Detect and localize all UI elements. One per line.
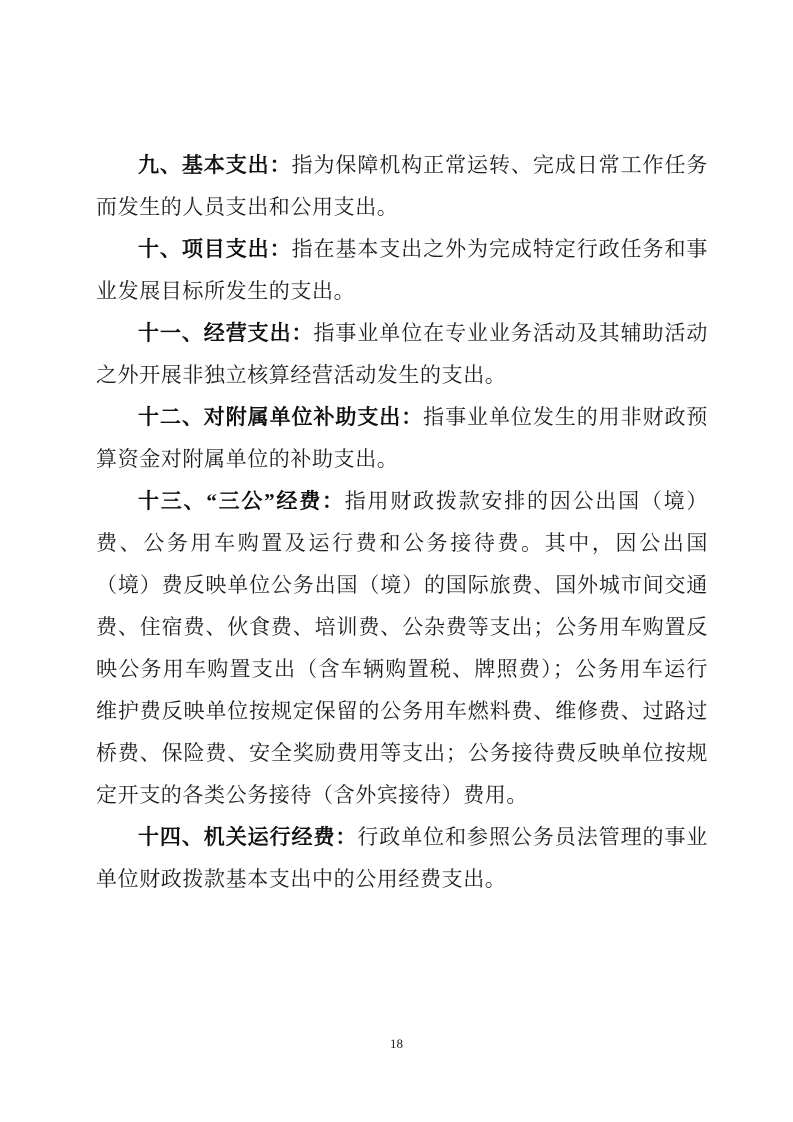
document-body: 九、基本支出：指为保障机构正常运转、完成日常工作任务而发生的人员支出和公用支出。…	[96, 144, 708, 900]
document-page: 九、基本支出：指为保障机构正常运转、完成日常工作任务而发生的人员支出和公用支出。…	[0, 0, 793, 1122]
paragraph: 十四、机关运行经费：行政单位和参照公务员法管理的事业单位财政拨款基本支出中的公用…	[96, 816, 708, 900]
paragraph: 九、基本支出：指为保障机构正常运转、完成日常工作任务而发生的人员支出和公用支出。	[96, 144, 708, 228]
paragraph: 十二、对附属单位补助支出：指事业单位发生的用非财政预算资金对附属单位的补助支出。	[96, 396, 708, 480]
paragraph-heading: 十三、“三公”经费：	[138, 489, 345, 513]
paragraph: 十一、经营支出：指事业单位在专业业务活动及其辅助活动之外开展非独立核算经营活动发…	[96, 312, 708, 396]
paragraph-heading: 十一、经营支出：	[138, 321, 313, 345]
paragraph-heading: 十四、机关运行经费：	[138, 825, 357, 849]
paragraph-body: 指用财政拨款安排的因公出国（境）费、公务用车购置及运行费和公务接待费。其中，因公…	[96, 489, 708, 807]
page-number: 18	[0, 1036, 793, 1052]
paragraph: 十三、“三公”经费：指用财政拨款安排的因公出国（境）费、公务用车购置及运行费和公…	[96, 480, 708, 816]
paragraph-heading: 九、基本支出：	[138, 153, 292, 177]
paragraph: 十、项目支出：指在基本支出之外为完成特定行政任务和事业发展目标所发生的支出。	[96, 228, 708, 312]
paragraph-heading: 十、项目支出：	[138, 237, 292, 261]
paragraph-heading: 十二、对附属单位补助支出：	[138, 405, 423, 429]
